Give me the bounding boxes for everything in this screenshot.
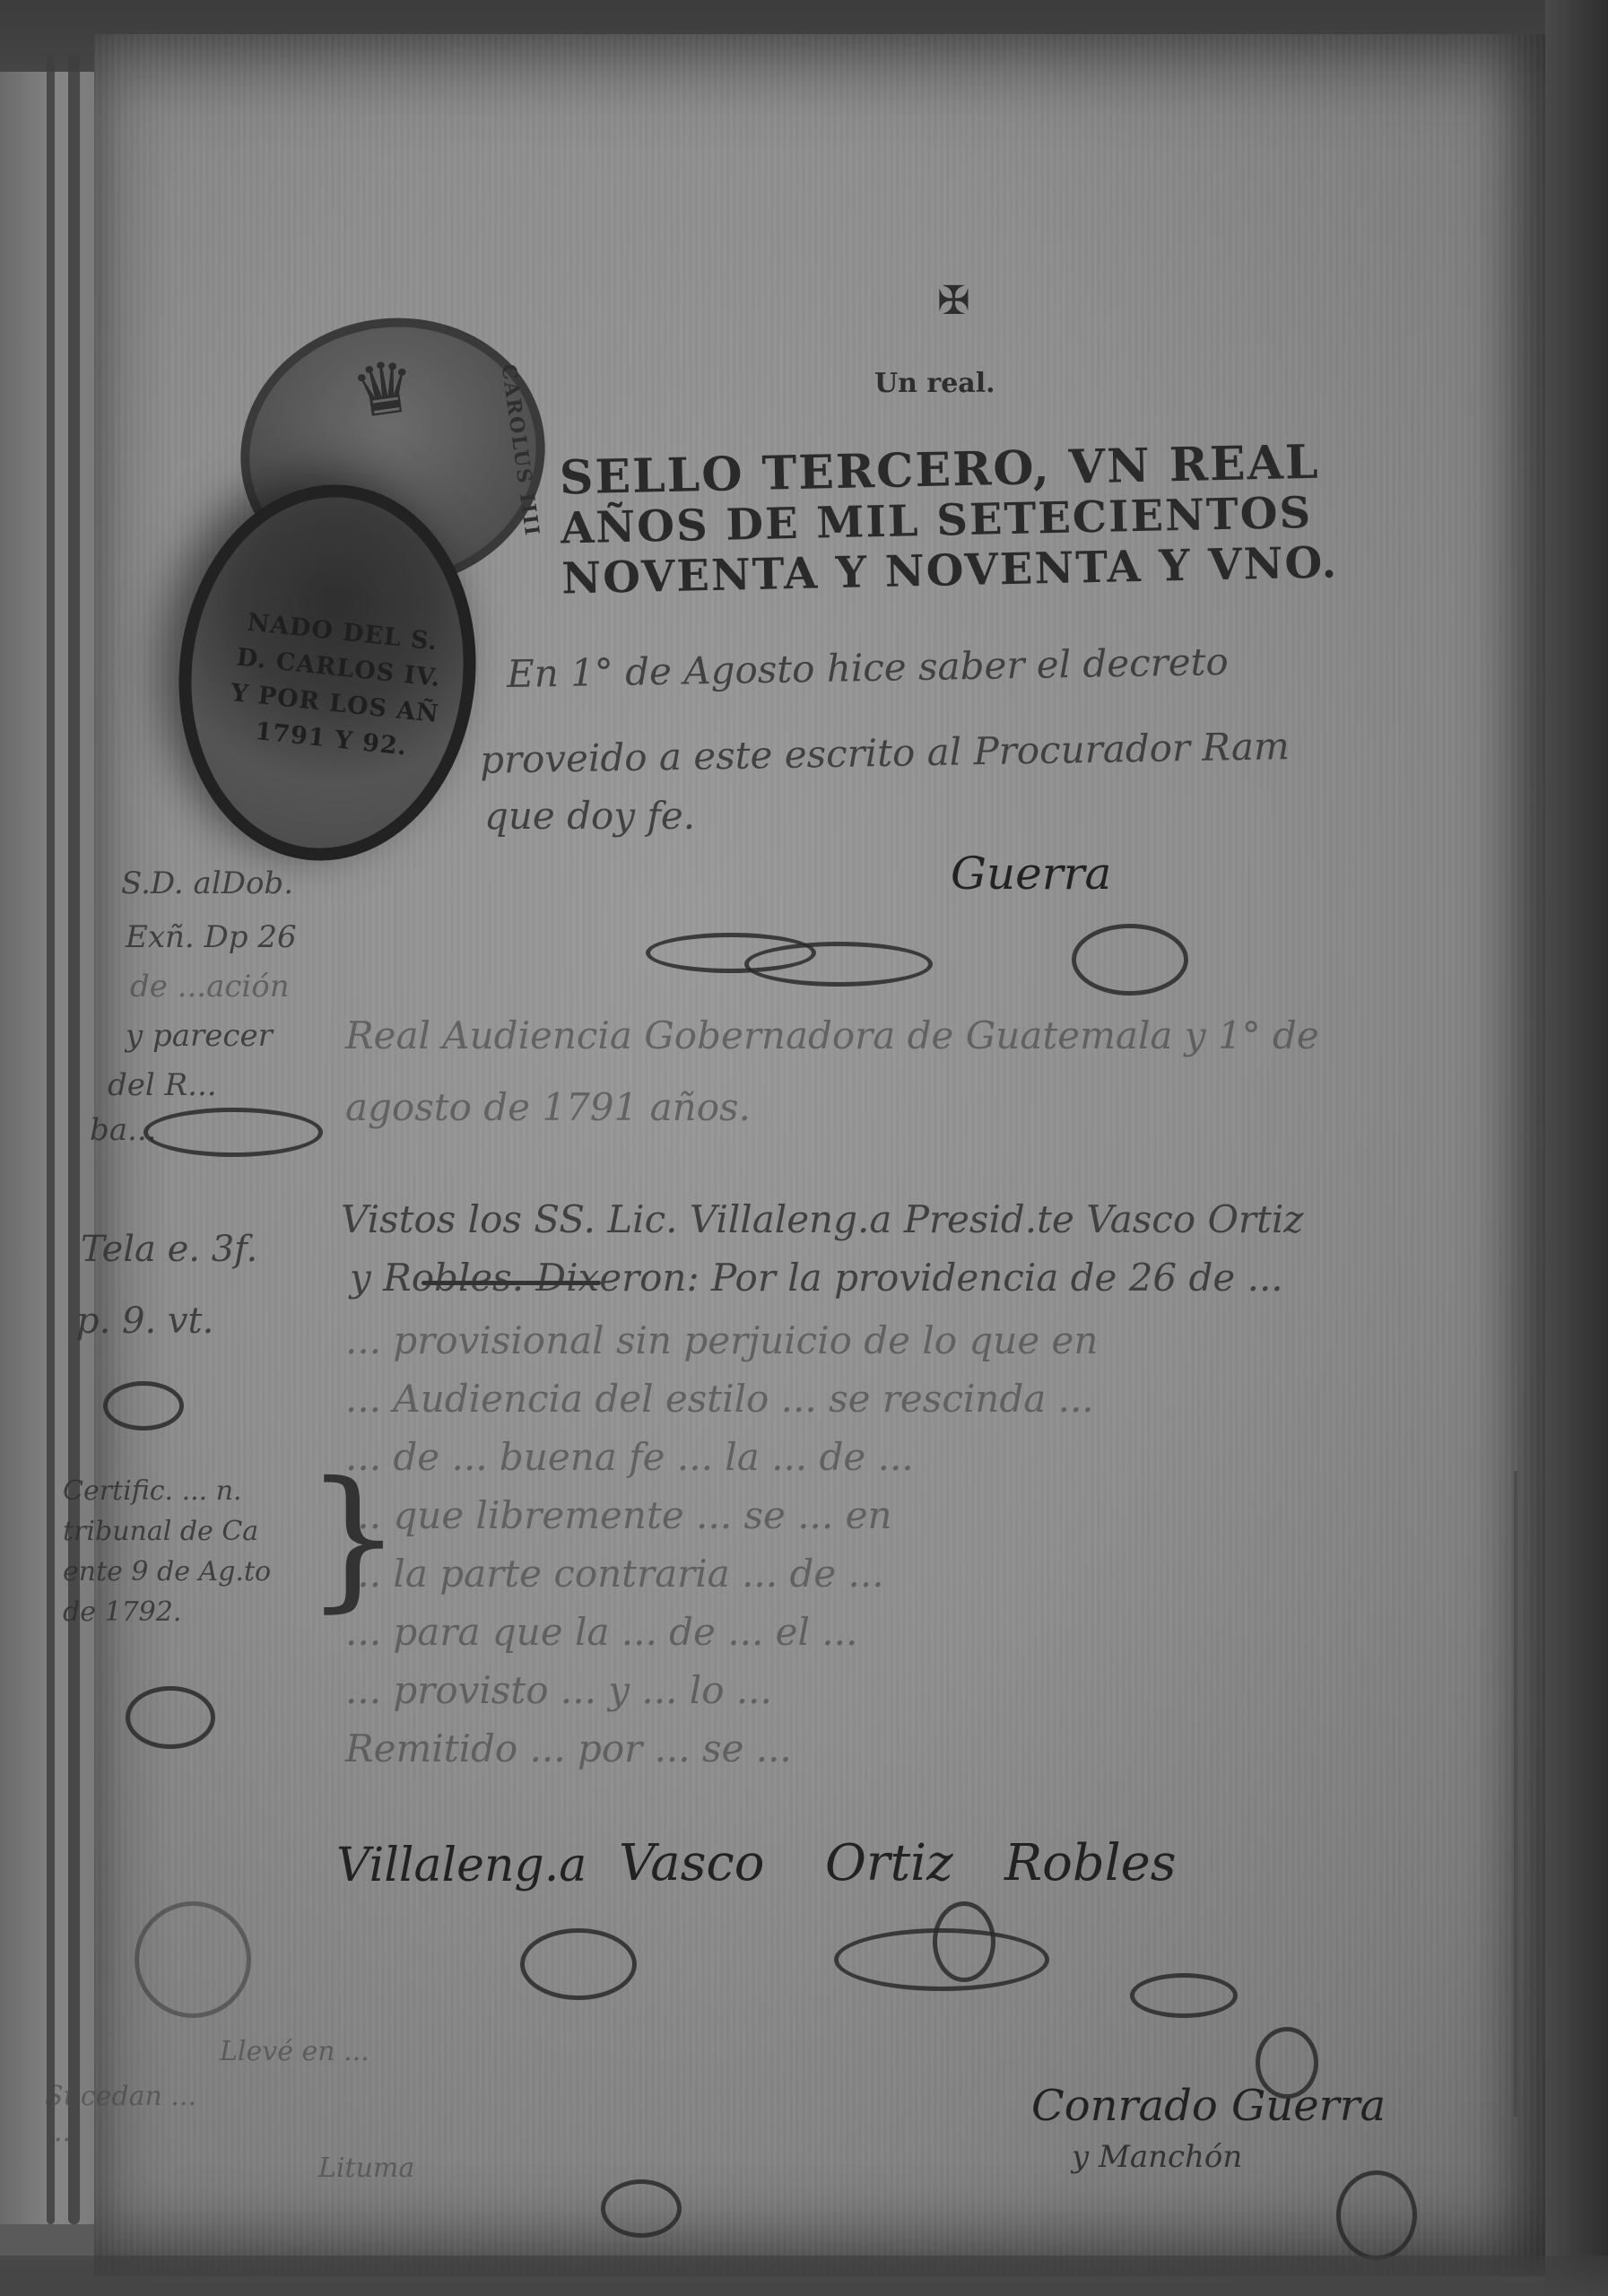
bottom-shadow-edge — [0, 2256, 1608, 2296]
margin-note-line: del R... — [108, 1067, 217, 1103]
body-line: ... provisional sin perjuicio de lo que … — [345, 1318, 1098, 1362]
signature-flourish — [1072, 924, 1188, 996]
margin-flourish — [126, 1686, 215, 1749]
rubric-flourish — [1130, 1973, 1238, 2018]
signature-robles: Robles — [1004, 1834, 1177, 1892]
crown-icon: ♛ — [346, 344, 422, 435]
signature-conrado-guerra: Conrado Guerra — [1031, 2081, 1386, 2131]
signature-guerra: Guerra — [951, 848, 1111, 900]
rubric-flourish — [601, 2179, 682, 2238]
margin-note-line: de 1792. — [63, 1596, 181, 1628]
body-line: y Robles. Dixeron: Por la providencia de… — [350, 1256, 1283, 1300]
margin-note-line: p. 9. vt. — [76, 1300, 213, 1342]
bottom-note-line: Sucedan ... — [45, 2081, 196, 2112]
margin-flourish — [103, 1381, 184, 1431]
body-line: Real Audiencia Gobernadora de Guatemala … — [345, 1013, 1319, 1057]
rubric-flourish — [933, 1901, 995, 1982]
stamp-denomination: Un real. — [874, 368, 995, 399]
margin-flourish — [143, 1108, 323, 1157]
body-line: ... para que la ... de ... el ... — [345, 1610, 857, 1654]
body-line: ... la parte contraria ... de ... — [345, 1552, 884, 1596]
brace-mark: } — [305, 1462, 402, 1614]
signature-villalengua: Villaleng.a — [336, 1839, 587, 1892]
body-line: ... Audiencia del estilo ... se rescinda… — [345, 1377, 1094, 1421]
right-margin-rule — [1514, 1471, 1517, 2117]
binding-gutter-line — [68, 54, 80, 2224]
signature-ortiz: Ortiz — [825, 1834, 953, 1892]
bottom-note-line: Lituma — [318, 2152, 414, 2184]
margin-note-line: Tela e. 3f. — [81, 1229, 257, 1270]
cross-ornament-icon: ✠ — [937, 278, 970, 324]
seal-text: NADO DEL S. D. CARLOS IV. Y POR LOS AÑ 1… — [200, 601, 474, 770]
signature-manchon: y Manchón — [1072, 2139, 1242, 2175]
body-line: Vistos los SS. Lic. Villaleng.a Presid.t… — [341, 1197, 1303, 1241]
margin-note-line: Exñ. Dp 26 — [126, 919, 297, 955]
margin-note-line: y parecer — [126, 1018, 273, 1054]
printed-stamp-header: SELLO TERCERO, VN REAL AÑOS DE MIL SETEC… — [559, 435, 1458, 604]
margin-note-line: tribunal de Ca — [63, 1516, 258, 1547]
name-underline — [422, 1281, 601, 1285]
rubric-flourish — [520, 1928, 637, 2000]
bottom-note-line: Llevé en ... — [220, 2036, 369, 2067]
scan-frame: ✠ Un real. SELLO TERCERO, VN REAL AÑOS D… — [0, 0, 1608, 2296]
right-shadow-edge — [1545, 0, 1608, 2296]
signature-vasco: Vasco — [619, 1834, 765, 1892]
margin-note-line: de ...ación — [130, 969, 290, 1004]
bottom-note-line: ... — [54, 2117, 80, 2148]
rubric-flourish — [1336, 2170, 1417, 2260]
body-line: ... que libremente ... se ... en — [345, 1493, 892, 1537]
body-line: Remitido ... por ... se ... — [345, 1726, 792, 1770]
rubric-flourish — [135, 1901, 251, 2018]
rubric-flourish — [1256, 2027, 1318, 2099]
body-line: ... de ... buena fe ... la ... de ... — [345, 1435, 914, 1479]
body-line: agosto de 1791 años. — [345, 1085, 751, 1129]
margin-note-line: S.D. alDob. — [121, 865, 293, 901]
margin-note-line: Certific. ... n. — [63, 1475, 242, 1507]
binding-gutter-line — [47, 54, 55, 2224]
margin-note-line: ente 9 de Ag.to — [63, 1556, 271, 1587]
signature-flourish — [744, 942, 933, 987]
body-line: que doy fe. — [484, 794, 695, 838]
body-line: ... provisto ... y ... lo ... — [345, 1668, 772, 1712]
